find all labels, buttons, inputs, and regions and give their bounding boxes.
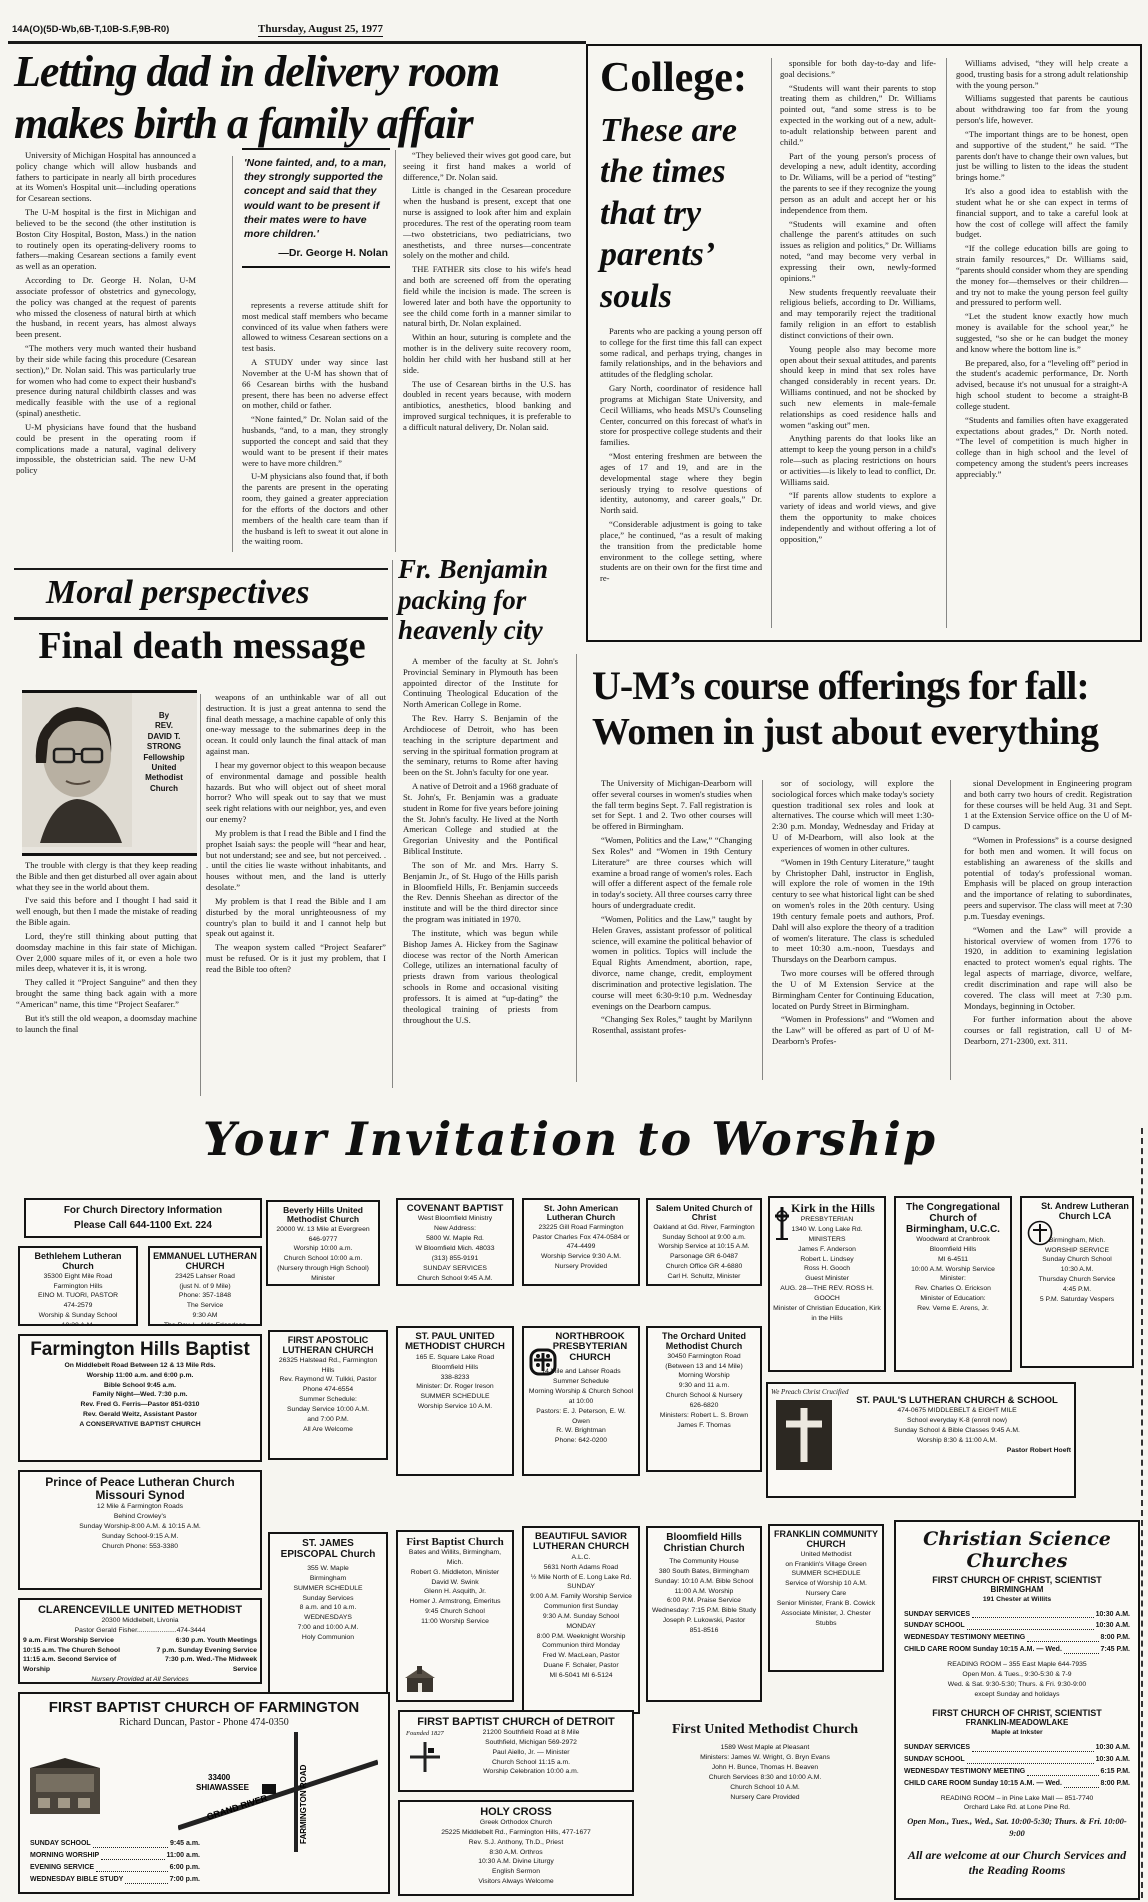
church-st-paul-methodist: ST. PAUL UNITED METHODIST CHURCH 165 E. … [396, 1326, 514, 1476]
college-kicker: College: [600, 54, 747, 102]
church-beverly-hills: Beverly Hills United Methodist Church 20… [266, 1200, 380, 1286]
church-first-baptist-farmington: FIRST BAPTIST CHURCH OF FARMINGTON Richa… [18, 1692, 390, 1894]
column-rule [950, 780, 951, 1080]
christian-science-header: Christian Science Churches [904, 1528, 1130, 1572]
church-kirk: Kirk in the Hills PRESBYTERIAN1340 W. Lo… [768, 1196, 886, 1372]
moral-col1: The trouble with clergy is that they kee… [16, 860, 197, 1108]
church-prince-of-peace: Prince of Peace Lutheran Church Missouri… [18, 1470, 262, 1590]
column-rule [771, 58, 772, 628]
church-st-james: ST. JAMES EPISCOPAL Church 355 W. MapleB… [268, 1532, 388, 1702]
northbrook-cross-logo-icon [529, 1348, 557, 1376]
um-col2: sor of sociology, will explore the socio… [772, 778, 934, 1082]
celtic-cross-icon [774, 1206, 790, 1240]
um-col1: The University of Michigan-Dearborn will… [592, 778, 752, 1082]
portrait-illustration [22, 693, 132, 847]
newspaper-page: 14A(O)(5D-Wb,6B-T,10B-S.F,9B-R0) Thursda… [0, 0, 1148, 1902]
delivery-headline-line2: makes birth a family affair [14, 98, 473, 149]
church-covenant: COVENANT BAPTIST West Bloomfield Ministr… [396, 1198, 514, 1286]
um-headline-line2: Women in just about everything [592, 710, 1098, 754]
page-date: Thursday, August 25, 1977 [258, 23, 383, 37]
masthead-rule [8, 41, 586, 44]
church-first-apostolic: FIRST APOSTOLIC LUTHERAN CHURCH 26325 Ha… [268, 1330, 388, 1460]
church-salem: Salem United Church of Christ Oakland at… [646, 1198, 762, 1286]
cs-welcome: All are welcome at our Church Services a… [904, 1848, 1130, 1878]
church-emmanuel: EMMANUEL LUTHERAN CHURCH 23425 Lahser Ro… [148, 1246, 262, 1326]
st-andrew-emblem-icon [1027, 1220, 1053, 1246]
location-map: GRAND RIVER FARMINGTON ROAD 33400 SHIAWA… [178, 1732, 378, 1852]
church-st-andrew: St. Andrew Lutheran Church LCA Birmingha… [1020, 1196, 1134, 1368]
franklin-schedule: SUNDAY SERVICES10:30 A.M.SUNDAY SCHOOL10… [904, 1742, 1130, 1790]
church-directory-info-box: For Church Directory InformationPlease C… [24, 1198, 262, 1238]
church-beautiful-savior: BEAUTIFUL SAVIOR LUTHERAN CHURCH A.L.C.5… [522, 1526, 640, 1714]
delivery-pull-quote: 'None fainted, and, to a man, they stron… [242, 148, 390, 268]
column-rule [200, 694, 201, 1096]
church-st-pauls-lutheran-school: We Preach Christ Crucified ST. PAUL'S LU… [766, 1382, 1076, 1498]
pull-quote-text: 'None fainted, and, to a man, they stron… [244, 157, 387, 240]
um-col3: sional Development in Engineering progra… [964, 778, 1132, 1082]
clarenceville-footer: Nursery Provided at All Services [23, 1675, 257, 1684]
svg-text:GRAND RIVER: GRAND RIVER [206, 1793, 269, 1822]
portrait-byline: ByREV.DAVID T.STRONGFellowshipUnitedMeth… [135, 711, 193, 794]
church-photo-placeholder [30, 1758, 100, 1814]
um-headline-line1: U-M’s course offerings for fall: [592, 662, 1089, 709]
church-st-john: St. John American Lutheran Church 23225 … [522, 1198, 640, 1286]
benjamin-article: A member of the faculty at St. John's Pr… [403, 656, 558, 1084]
column-rule [392, 560, 393, 1088]
moral-col2: weapons of an unthinkable war of all out… [206, 692, 386, 1098]
college-col2: sponsible for both day-to-day and life-g… [780, 58, 936, 628]
church-first-united-methodist: First United Methodist Church 1589 West … [646, 1718, 884, 1868]
moral-headline: Final death message [14, 624, 390, 668]
church-northbrook: NORTHBROOK PRESBYTERIAN CHURCH 14 Mile a… [522, 1326, 640, 1476]
column-rule [576, 654, 577, 1082]
st-pauls-pastor: Pastor Robert Hoeft [843, 1446, 1071, 1456]
church-franklin-community: FRANKLIN COMMUNITY CHURCH United Methodi… [768, 1524, 884, 1672]
church-building-icon [403, 1666, 437, 1692]
birmingham-schedule: SUNDAY SERVICES10:30 A.M.SUNDAY SCHOOL10… [904, 1609, 1130, 1657]
christian-science-section: Christian Science Churches FIRST CHURCH … [894, 1520, 1140, 1900]
section-dashed-border [1141, 1128, 1143, 1898]
church-holy-cross: HOLY CROSS Greek Orthodox Church25225 Mi… [398, 1800, 634, 1896]
cross-photo-icon [776, 1400, 832, 1470]
delivery-col2: represents a reverse attitude shift for … [242, 300, 388, 558]
cs-hours: Open Mon., Tues., Wed., Sat. 10:00-5:30;… [904, 1816, 1130, 1840]
kicker-rule-top [14, 568, 388, 570]
church-bloomfield-hills-christian: Bloomfield Hills Christian Church The Co… [646, 1526, 762, 1702]
worship-banner: Your Invitation to Worship [20, 1112, 1120, 1166]
college-col1: Parents who are packing a young person o… [600, 326, 762, 628]
church-congregational: The Congregational Church of Birmingham,… [894, 1196, 1012, 1372]
crossroads-map-icon [410, 1742, 440, 1772]
svg-text:FARMINGTON ROAD: FARMINGTON ROAD [299, 1764, 308, 1844]
svg-text:33400: 33400 [208, 1773, 231, 1782]
column-rule [762, 780, 763, 1080]
delivery-col1: University of Michigan Hospital has anno… [16, 150, 196, 558]
church-first-baptist-detroit: FIRST BAPTIST CHURCH of DETROIT Founded … [398, 1710, 634, 1792]
church-bethlehem: Bethlehem Lutheran Church 35300 Eight Mi… [18, 1246, 138, 1326]
svg-text:SHIAWASSEE: SHIAWASSEE [196, 1783, 250, 1792]
delivery-headline-line1: Letting dad in delivery room [14, 46, 499, 97]
fbf-subtitle: Richard Duncan, Pastor - Phone 474-0350 [28, 1717, 380, 1728]
column-rule [395, 150, 396, 552]
edition-code: 14A(O)(5D-Wb,6B-T,10B-S.F,9B-R0) [12, 24, 169, 35]
church-first-baptist-birmingham: First Baptist Church Bates and Willits, … [396, 1530, 514, 1702]
college-headline: These arethe timesthat tryparents’souls [600, 110, 772, 317]
church-orchard: The Orchard United Methodist Church 3045… [646, 1326, 762, 1472]
benjamin-headline: Fr. Benjaminpacking forheavenly city [398, 554, 568, 646]
church-clarenceville: CLARENCEVILLE UNITED METHODIST 20300 Mid… [18, 1598, 262, 1684]
moral-kicker: Moral perspectives [46, 574, 309, 612]
strong-portrait-photo: ByREV.DAVID T.STRONGFellowshipUnitedMeth… [22, 690, 197, 856]
pull-quote-attribution: —Dr. George H. Nolan [244, 246, 388, 260]
fbf-schedule: SUNDAY SCHOOL9:45 a.m.MORNING WORSHIP11:… [30, 1838, 200, 1886]
delivery-col3: “They believed their wives got good care… [403, 150, 571, 550]
fbd-founded: Founded 1827 [406, 1730, 444, 1737]
college-col3: Williams advised, “they will help create… [956, 58, 1128, 578]
kicker-rule-bottom [14, 617, 388, 620]
column-rule [232, 156, 233, 552]
church-farmington-hills-baptist: Farmington Hills Baptist On Middlebelt R… [18, 1334, 262, 1462]
column-rule [946, 58, 947, 628]
